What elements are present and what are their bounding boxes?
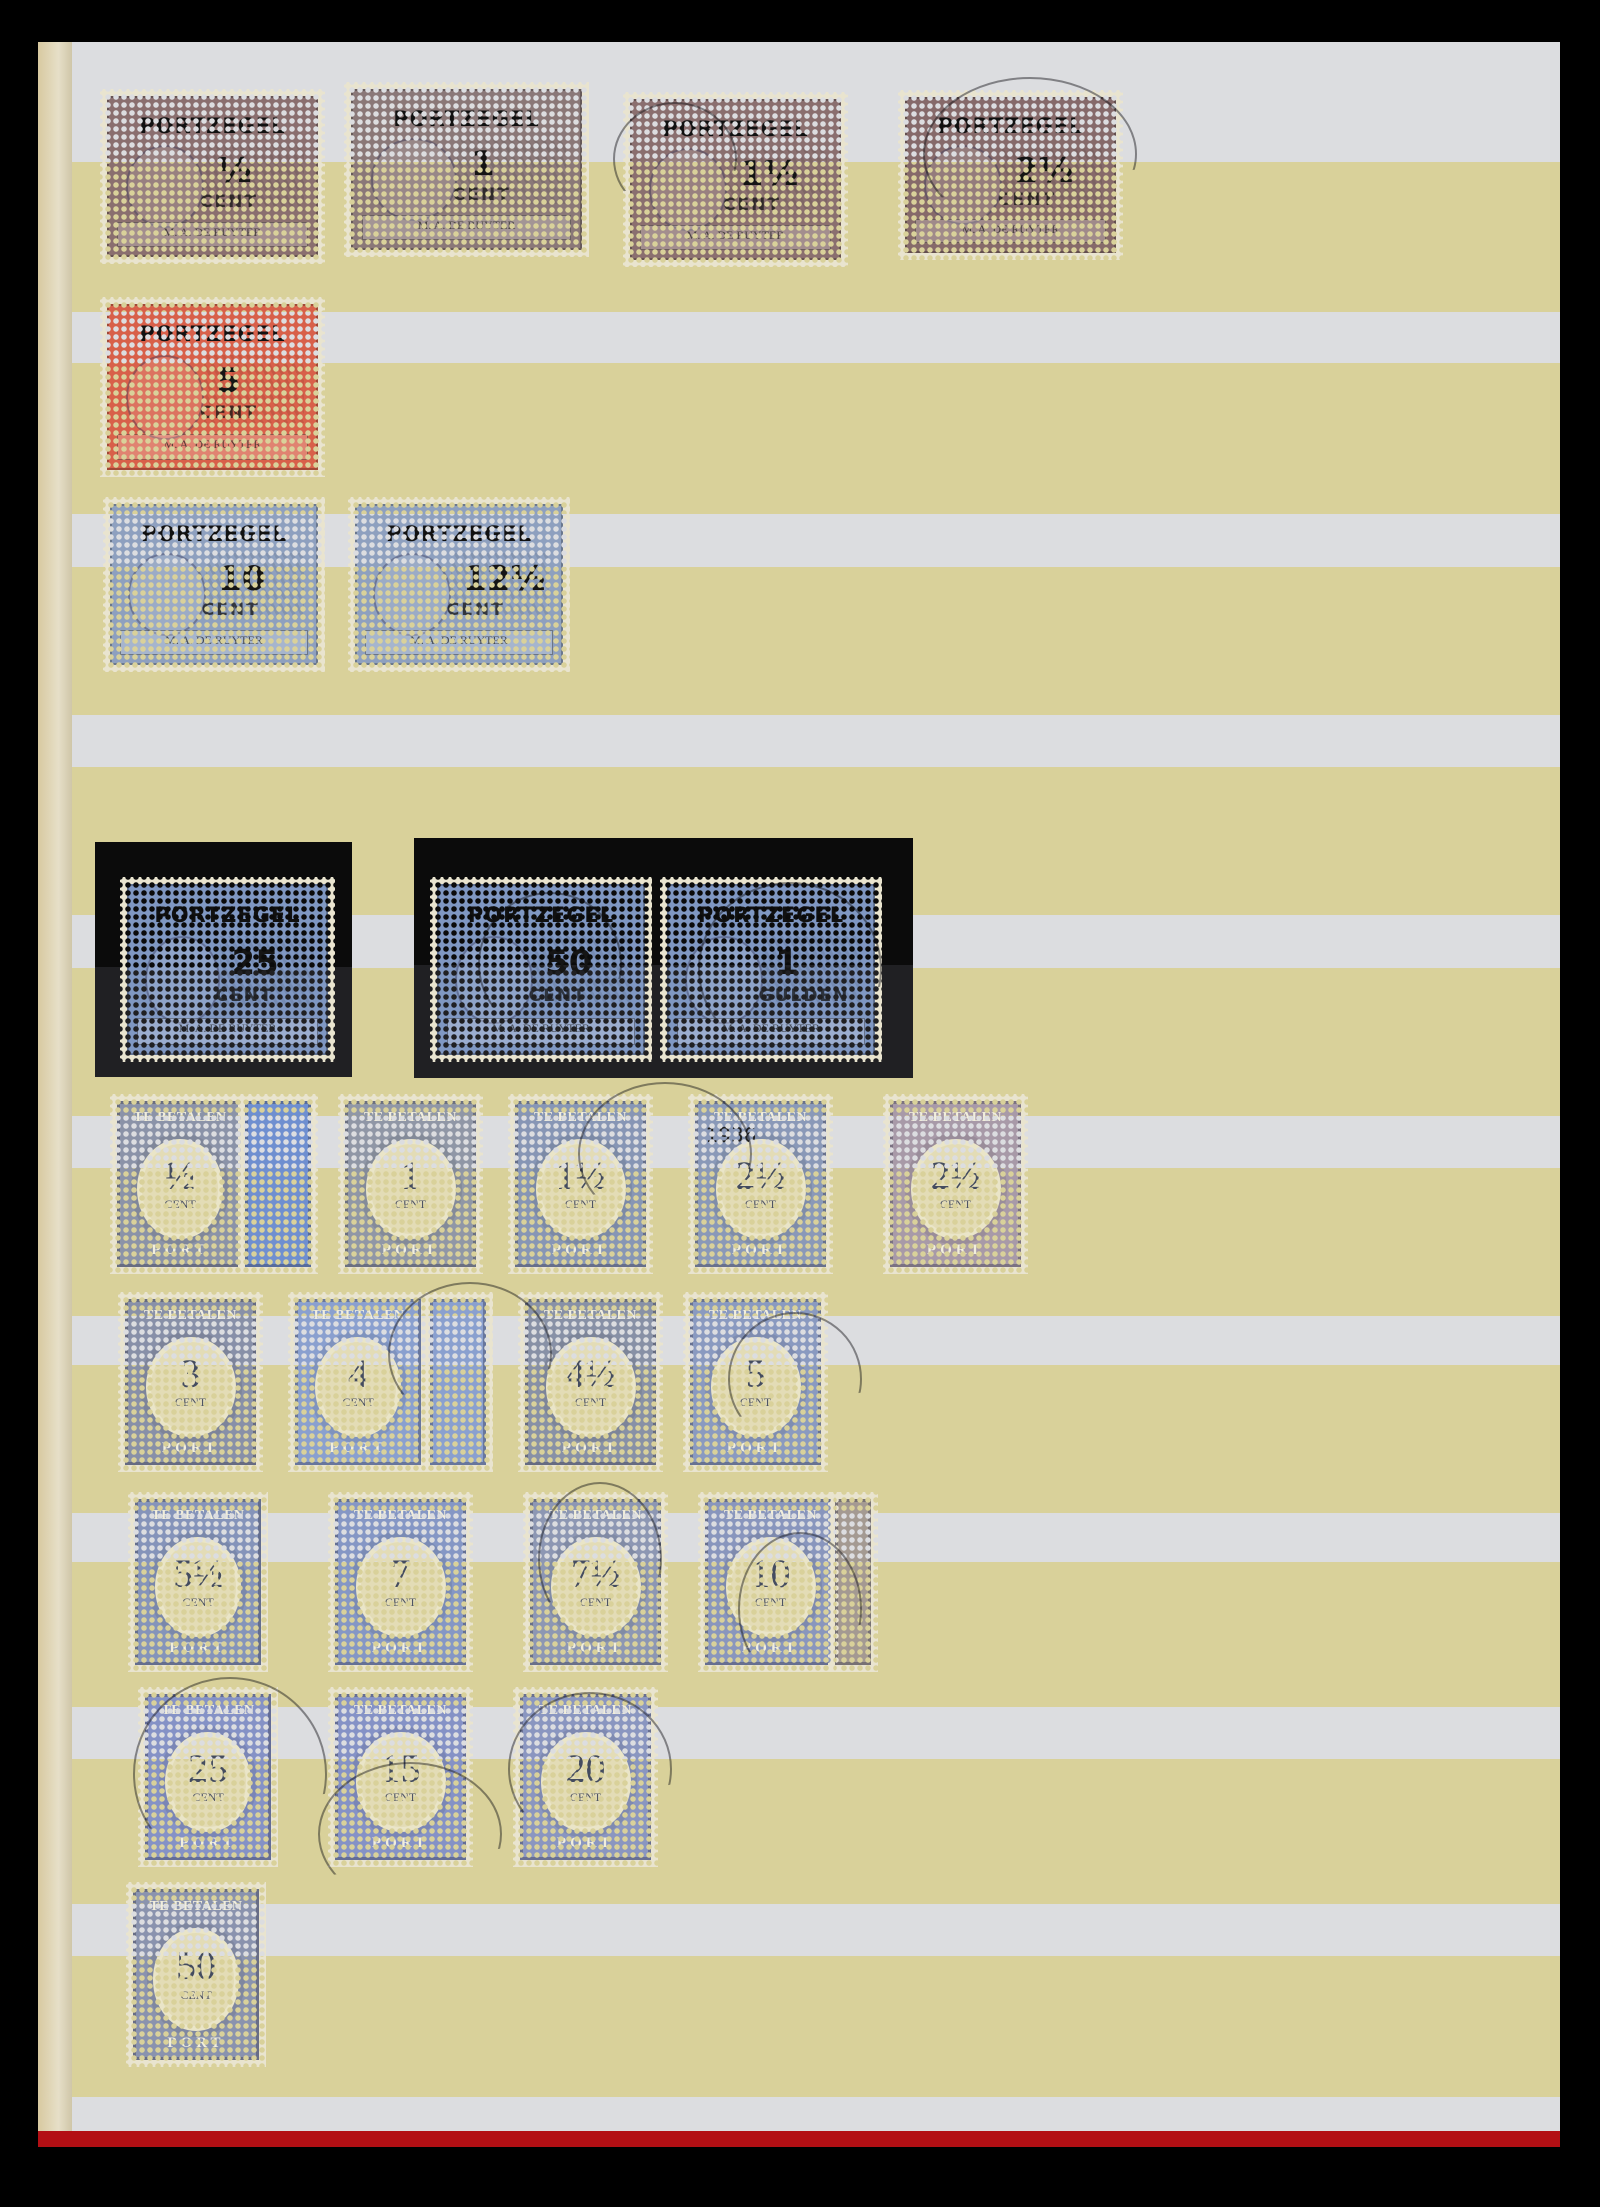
partial-postage-due-stamp <box>423 1292 493 1472</box>
denomination-value: 2½ <box>893 1152 1018 1199</box>
stamp-face: TE BETALEN7½CENTPORT <box>530 1499 661 1665</box>
denomination-unit: CENT <box>216 986 274 1006</box>
stamp-face: TE BETALEN4CENTPORT <box>295 1299 421 1465</box>
header-text: TE BETALEN <box>523 1703 648 1719</box>
denomination-unit: CENT <box>708 1595 833 1610</box>
stamp-face: PORTZEGEL½CENTM. A. DE RUYTER <box>107 96 318 257</box>
stamp-face: PORTZEGEL2½CENTM. A. DE RUYTER <box>905 97 1116 253</box>
header-text: TE BETALEN <box>693 1308 818 1324</box>
footer-text: PORT <box>136 2035 256 2052</box>
postage-due-stamp: TE BETALEN5½CENTPORT <box>128 1492 268 1672</box>
postmark-date: 1936 <box>706 1123 757 1147</box>
portrait-oval <box>373 553 450 636</box>
stamp-face: PORTZEGEL25CENTM. A. DE RUYTER <box>127 884 328 1055</box>
denomination-value: 1½ <box>740 154 799 194</box>
footer-text: PORT <box>528 1440 653 1457</box>
stockbook-page: PORTZEGEL½CENTM. A. DE RUYTERPORTZEGEL1C… <box>38 42 1560 2147</box>
stamp-face: TE BETALEN½CENTPORT <box>117 1101 243 1267</box>
denomination-value: 7 <box>338 1550 463 1597</box>
denomination-unit: CENT <box>453 185 511 205</box>
denomination-value: 4 <box>298 1350 418 1397</box>
denomination-value: 20 <box>523 1745 648 1792</box>
postage-due-stamp: TE BETALEN7CENTPORT <box>328 1492 473 1672</box>
denomination-value: 2½ <box>698 1152 823 1199</box>
nameplate-text: M. A. DE RUYTER <box>117 434 307 460</box>
denomination-value: 4½ <box>528 1350 653 1397</box>
denomination-value: 2½ <box>1015 151 1074 191</box>
header-text: TE BETALEN <box>518 1110 643 1126</box>
postage-due-stamp: TE BETALEN2½CENTPORT <box>883 1094 1028 1274</box>
ruyter-overprint-stamp: PORTZEGEL25CENTM. A. DE RUYTER <box>120 877 335 1062</box>
denomination-value: 50 <box>545 943 592 983</box>
page-binding-strip <box>38 42 72 2147</box>
denomination-value: 5½ <box>138 1550 258 1597</box>
postage-due-stamp: TE BETALEN4CENTPORT <box>288 1292 428 1472</box>
stamp-face: PORTZEGEL1CENTM. A. DE RUYTER <box>351 89 582 250</box>
portrait-oval <box>649 148 728 231</box>
stockbook-strip <box>38 715 1560 767</box>
portrait-oval <box>145 936 220 1024</box>
stamp-face: TE BETALEN50CENTPORT <box>133 1889 259 2060</box>
denomination-value: 5 <box>217 361 241 401</box>
overprint-text: PORTZEGEL <box>632 117 839 141</box>
footer-text: PORT <box>298 1440 418 1457</box>
stamp-face: TE BETALEN4½CENTPORT <box>525 1299 656 1465</box>
postage-due-stamp: TE BETALEN4½CENTPORT <box>518 1292 663 1472</box>
header-text: TE BETALEN <box>148 1703 268 1719</box>
denomination-value: 1 <box>471 144 495 184</box>
denomination-unit: GULDEN <box>759 986 850 1006</box>
postage-due-stamp: TE BETALEN2½CENTPORT1936 <box>688 1094 833 1274</box>
portrait-oval <box>924 145 1003 225</box>
header-text: TE BETALEN <box>533 1508 658 1524</box>
header-text: TE BETALEN <box>128 1308 253 1324</box>
header-text: TE BETALEN <box>893 1110 1018 1126</box>
stamp-face: PORTZEGEL12½CENTM. A. DE RUYTER <box>355 504 563 665</box>
footer-text: PORT <box>120 1242 240 1259</box>
ruyter-overprint-stamp: PORTZEGEL1½CENTM. A. DE RUYTER <box>623 92 848 267</box>
nameplate-text: M. A. DE RUYTER <box>915 219 1105 244</box>
ruyter-overprint-stamp: PORTZEGEL½CENTM. A. DE RUYTER <box>100 89 325 264</box>
postage-due-stamp: TE BETALEN25CENTPORT <box>138 1687 278 1867</box>
overprint-text: PORTZEGEL <box>357 522 561 546</box>
postage-due-stamp: TE BETALEN20CENTPORT <box>513 1687 658 1867</box>
stamp-face <box>835 1499 871 1665</box>
footer-text: PORT <box>523 1835 648 1852</box>
postage-due-stamp: TE BETALEN½CENTPORT <box>110 1094 250 1274</box>
overprint-text: PORTZEGEL <box>439 903 643 927</box>
stamp-face: TE BETALEN15CENTPORT <box>335 1694 466 1860</box>
postage-due-stamp: TE BETALEN1½CENTPORT <box>508 1094 653 1274</box>
portrait-oval <box>126 355 205 440</box>
footer-text: PORT <box>533 1640 658 1657</box>
postage-due-stamp: TE BETALEN7½CENTPORT <box>523 1492 668 1672</box>
stamp-face: TE BETALEN3CENTPORT <box>125 1299 256 1465</box>
nameplate-text: M. A. DE RUYTER <box>365 630 553 656</box>
header-text: TE BETALEN <box>120 1110 240 1126</box>
header-text: TE BETALEN <box>528 1308 653 1324</box>
portrait-oval <box>455 936 532 1024</box>
partial-postage-due-stamp <box>238 1094 318 1274</box>
footer-text: PORT <box>693 1440 818 1457</box>
footer-text: PORT <box>698 1242 823 1259</box>
ruyter-overprint-stamp: PORTZEGEL2½CENTM. A. DE RUYTER <box>898 90 1123 260</box>
denomination-value: 15 <box>338 1745 463 1792</box>
denomination-unit: CENT <box>723 195 781 215</box>
denomination-unit: CENT <box>518 1197 643 1212</box>
denomination-unit: CENT <box>138 1595 258 1610</box>
denomination-unit: CENT <box>202 600 260 620</box>
denomination-unit: CENT <box>523 1790 648 1805</box>
stockbook-strip <box>38 1904 1560 1956</box>
nameplate-text: M. A. DE RUYTER <box>362 215 571 241</box>
stamp-face: TE BETALEN7CENTPORT <box>335 1499 466 1665</box>
denomination-unit: CENT <box>298 1395 418 1410</box>
denomination-unit: CENT <box>136 1988 256 2003</box>
denomination-unit: CENT <box>338 1790 463 1805</box>
ruyter-overprint-stamp: PORTZEGEL1GULDENM. A. DE RUYTER <box>660 877 882 1062</box>
denomination-unit: CENT <box>533 1595 658 1610</box>
postage-due-stamp: TE BETALEN1CENTPORT <box>338 1094 483 1274</box>
footer-text: PORT <box>138 1640 258 1657</box>
stamp-face: PORTZEGEL10CENTM. A. DE RUYTER <box>110 504 318 665</box>
ruyter-overprint-stamp: PORTZEGEL50CENTM. A. DE RUYTER <box>430 877 652 1062</box>
denomination-value: 5 <box>693 1350 818 1397</box>
denomination-value: 50 <box>136 1942 256 1989</box>
overprint-text: PORTZEGEL <box>353 107 580 131</box>
portrait-oval <box>371 138 457 221</box>
denomination-value: 12½ <box>463 559 546 599</box>
portrait-oval <box>126 145 205 228</box>
denomination-unit: CENT <box>447 600 505 620</box>
nameplate-text: M. A. DE RUYTER <box>117 222 307 248</box>
denomination-value: 10 <box>708 1550 833 1597</box>
denomination-unit: CENT <box>693 1395 818 1410</box>
denomination-unit: CENT <box>338 1595 463 1610</box>
header-text: TE BETALEN <box>338 1703 463 1719</box>
ruyter-overprint-stamp: PORTZEGEL10CENTM. A. DE RUYTER <box>103 497 325 672</box>
denomination-unit: CENT <box>120 1197 240 1212</box>
footer-text: PORT <box>518 1242 643 1259</box>
denomination-value: 25 <box>231 943 278 983</box>
footer-text: PORT <box>338 1640 463 1657</box>
overprint-text: PORTZEGEL <box>129 903 326 927</box>
overprint-text: PORTZEGEL <box>907 114 1114 138</box>
header-text: TE BETALEN <box>708 1508 833 1524</box>
ruyter-overprint-stamp: PORTZEGEL5CENTM. A. DE RUYTER <box>100 297 325 477</box>
ruyter-overprint-stamp: PORTZEGEL1CENTM. A. DE RUYTER <box>344 82 589 257</box>
postage-due-stamp: TE BETALEN15CENTPORT <box>328 1687 473 1867</box>
footer-text: PORT <box>338 1835 463 1852</box>
footer-text: PORT <box>708 1640 833 1657</box>
nameplate-text: M. A. DE RUYTER <box>640 225 830 251</box>
overprint-text: PORTZEGEL <box>109 114 316 138</box>
denomination-unit: CENT <box>698 1197 823 1212</box>
postage-due-stamp: TE BETALEN10CENTPORT <box>698 1492 843 1672</box>
header-text: TE BETALEN <box>138 1508 258 1524</box>
stamp-face: TE BETALEN20CENTPORT <box>520 1694 651 1860</box>
postage-due-stamp: TE BETALEN5CENTPORT <box>683 1292 828 1472</box>
denomination-unit: CENT <box>998 190 1056 210</box>
stamp-face: TE BETALEN10CENTPORT <box>705 1499 836 1665</box>
stamp-face: TE BETALEN1½CENTPORT <box>515 1101 646 1267</box>
postage-due-stamp: TE BETALEN50CENTPORT <box>126 1882 266 2067</box>
stamp-face: TE BETALEN5CENTPORT <box>690 1299 821 1465</box>
stamp-face: PORTZEGEL5CENTM. A. DE RUYTER <box>107 304 318 470</box>
overprint-text: PORTZEGEL <box>669 903 873 927</box>
nameplate-text: M. A. DE RUYTER <box>447 1018 635 1045</box>
nameplate-text: M. A. DE RUYTER <box>677 1018 865 1045</box>
denomination-unit: CENT <box>893 1197 1018 1212</box>
stamp-face <box>430 1299 486 1465</box>
overprint-text: PORTZEGEL <box>112 522 316 546</box>
nameplate-text: M. A. DE RUYTER <box>120 630 308 656</box>
header-text: TE BETALEN <box>298 1308 418 1324</box>
stamp-face: TE BETALEN2½CENTPORT1936 <box>695 1101 826 1267</box>
stamp-face <box>245 1101 311 1267</box>
denomination-value: 7½ <box>533 1550 658 1597</box>
stamp-face: TE BETALEN2½CENTPORT <box>890 1101 1021 1267</box>
denomination-value: 25 <box>148 1745 268 1792</box>
stamp-face: PORTZEGEL1GULDENM. A. DE RUYTER <box>667 884 875 1055</box>
partial-postage-due-stamp <box>828 1492 878 1672</box>
footer-text: PORT <box>148 1835 268 1852</box>
stamp-face: TE BETALEN5½CENTPORT <box>135 1499 261 1665</box>
footer-text: PORT <box>128 1440 253 1457</box>
denomination-unit: CENT <box>348 1197 473 1212</box>
denomination-value: ½ <box>217 151 252 191</box>
denomination-value: ½ <box>120 1152 240 1199</box>
nameplate-text: M. A. DE RUYTER <box>137 1018 318 1045</box>
album-cover-edge <box>38 2131 1560 2147</box>
denomination-value: 1½ <box>518 1152 643 1199</box>
denomination-unit: CENT <box>529 986 587 1006</box>
postage-due-stamp: TE BETALEN3CENTPORT <box>118 1292 263 1472</box>
footer-text: PORT <box>348 1242 473 1259</box>
stamp-face: TE BETALEN1CENTPORT <box>345 1101 476 1267</box>
stamp-face: TE BETALEN25CENTPORT <box>145 1694 271 1860</box>
denomination-unit: CENT <box>200 403 258 423</box>
header-text: TE BETALEN <box>348 1110 473 1126</box>
denomination-value: 1 <box>775 943 799 983</box>
denomination-unit: CENT <box>528 1395 653 1410</box>
header-text: TE BETALEN <box>338 1508 463 1524</box>
ruyter-overprint-stamp: PORTZEGEL12½CENTM. A. DE RUYTER <box>348 497 570 672</box>
denomination-value: 3 <box>128 1350 253 1397</box>
header-text: TE BETALEN <box>136 1899 256 1915</box>
stamp-face: PORTZEGEL50CENTM. A. DE RUYTER <box>437 884 645 1055</box>
portrait-oval <box>128 553 205 636</box>
denomination-value: 10 <box>218 559 265 599</box>
denomination-unit: CENT <box>128 1395 253 1410</box>
stamp-face: PORTZEGEL1½CENTM. A. DE RUYTER <box>630 99 841 260</box>
denomination-unit: CENT <box>200 192 258 212</box>
denomination-unit: CENT <box>148 1790 268 1805</box>
footer-text: PORT <box>893 1242 1018 1259</box>
denomination-value: 1 <box>348 1152 473 1199</box>
overprint-text: PORTZEGEL <box>109 322 316 346</box>
portrait-oval <box>685 936 762 1024</box>
